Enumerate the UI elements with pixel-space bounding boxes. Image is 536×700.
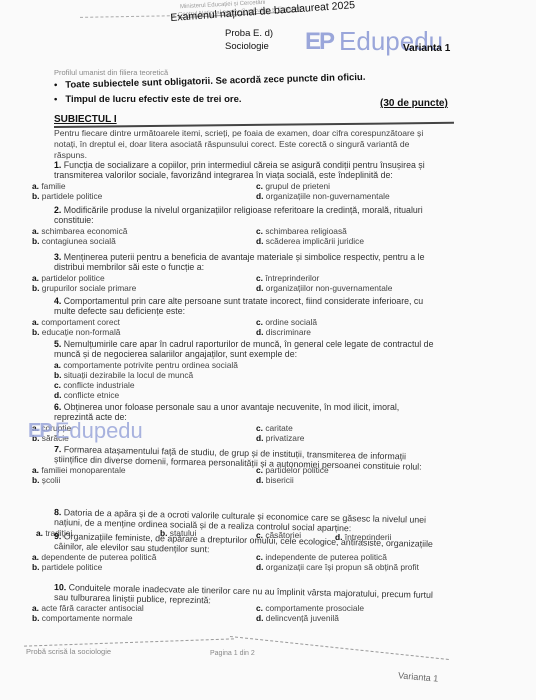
option-letter: b. [32,327,39,337]
answer-option: c. partidelor politice [256,465,329,475]
option-letter: a. [54,360,61,370]
exam-proba: Proba E. d) [225,28,273,39]
option-letter: b. [32,475,39,485]
instructions-line: notați, în dreptul ei, doar litera asoci… [54,139,409,150]
answer-option: a. comportament corect [32,317,120,327]
option-text: grupurilor sociale primare [42,283,137,293]
exam-subject: Sociologie [225,41,269,52]
option-letter: d. [256,327,263,337]
option-text: educație non-formală [42,327,121,337]
question-line: Menținerea puterii pentru a beneficia de… [64,252,425,262]
option-text: organizațiilor non-guvernamentale [266,283,393,293]
option-letter: c. [256,423,263,433]
option-letter: c. [256,465,263,475]
option-letter: a. [32,552,39,562]
answer-option: d. discriminare [256,327,311,337]
option-letter: b. [32,562,39,572]
question-text: 6. Obținerea unor foloase personale sau … [54,402,399,413]
answer-option: a. acte fără caracter antisocial [32,603,144,613]
answer-option: d. organizațiilor non-guvernamentale [256,283,392,293]
question-number: 8. [54,507,62,517]
question-line: Modificările produse la nivelul organiza… [64,205,423,215]
section-title: SUBIECTUL I [54,114,117,125]
option-text: schimbarea religioasă [265,226,346,236]
option-text: caritate [265,423,292,433]
option-letter: c. [256,603,263,613]
edupedu-logo-icon: EP [28,420,51,443]
answer-option: b. școlii [32,475,60,485]
header-divider [80,15,180,18]
question-text: transmiterea valorilor sociale, favorizâ… [54,170,393,181]
answer-option: d. organizațiile non-guvernamentale [256,191,390,201]
question-text: distribui membrilor săi este o funcție a… [54,262,204,273]
answer-option: b. grupurilor sociale primare [32,283,136,293]
answer-option: c. independente de puterea politică [256,552,387,562]
option-text: discriminare [266,327,311,337]
question-text: 2. Modificările produse la nivelul organ… [54,205,423,216]
option-text: partidele politice [42,191,103,201]
option-letter: a. [32,226,39,236]
question-line: transmiterea valorilor sociale, favorizâ… [54,170,393,180]
option-text: grupul de prieteni [265,181,330,191]
question-number: 10. [54,582,66,592]
question-line: Obținerea unor foloase personale sau a u… [64,402,399,412]
answer-option: d. conflicte etnice [54,390,119,400]
answer-option: d. scăderea implicării juridice [256,236,364,246]
variant-label: Varianta 1 [403,43,450,54]
option-text: situații dezirabile la locul de muncă [64,370,193,380]
question-line: multe defecte sau deficiențe este: [54,306,185,316]
option-text: independente de puterea politică [265,552,387,562]
option-letter: c. [54,380,61,390]
option-letter: b. [32,191,39,201]
option-text: organizații care își propun să obțină pr… [266,562,419,572]
bullet-time: Timpul de lucru efectiv este de trei ore… [54,94,242,105]
question-line: constituie: [54,215,94,225]
option-letter: a. [32,181,39,191]
option-text: familie [41,181,65,191]
answer-option: c. comportamente prosociale [256,603,364,613]
answer-option: d. delincvență juvenilă [256,613,339,623]
option-letter: d. [256,433,263,443]
option-letter: b. [32,613,39,623]
option-text: comportamente normale [42,613,133,623]
option-text: scăderea implicării juridice [266,236,364,246]
option-text: conflicte industriale [63,380,134,390]
footer-divider [230,636,449,660]
option-letter: c. [256,226,263,236]
answer-option: c. caritate [256,423,293,433]
option-text: privatizare [266,433,305,443]
answer-option: a. familie [32,181,66,191]
answer-option: a. schimbarea economică [32,226,127,236]
question-number: 9. [54,531,62,541]
question-text: 5. Nemulțumirile care apar în cadrul rap… [54,339,433,350]
option-text: comportamente prosociale [265,603,364,613]
question-number: 1. [54,160,61,170]
answer-option: a. dependente de puterea politică [32,552,156,562]
edupedu-watermark-secondary: EP Edupedu [28,418,143,444]
option-text: comportamente potrivite pentru ordinea s… [63,360,238,370]
option-letter: d. [54,390,61,400]
question-number: 7. [54,444,62,454]
option-text: familiei monoparentale [41,465,125,475]
option-letter: c. [256,273,263,283]
instructions-line: răspuns. [54,150,87,161]
option-letter: a. [32,465,39,475]
option-letter: c. [256,317,263,327]
question-text: 1. Funcția de socializare a copiilor, pr… [54,160,425,171]
answer-option: a. familiei monoparentale [32,465,126,475]
option-text: comportament corect [41,317,120,327]
answer-option: b. situații dezirabile la locul de muncă [54,370,193,380]
question-text: muncă și de negocierea salariilor angaja… [54,349,297,360]
question-line: muncă și de negocierea salariilor angaja… [54,349,297,359]
answer-option: b. educație non-formală [32,327,120,337]
question-number: 5. [54,339,61,349]
answer-option: a. comportamente potrivite pentru ordine… [54,360,238,370]
option-letter: c. [256,552,263,562]
question-number: 4. [54,296,61,306]
edupedu-logo-icon: EP [305,28,333,56]
option-letter: d. [256,236,263,246]
option-letter: a. [36,528,43,538]
option-letter: b. [32,283,39,293]
option-text: școlii [42,475,61,485]
question-number: 3. [54,252,61,262]
answer-option: c. grupul de prieteni [256,181,330,191]
answer-option: c. schimbarea religioasă [256,226,347,236]
question-number: 6. [54,402,61,412]
answer-option: c. ordine socială [256,317,317,327]
option-text: ordine socială [265,317,317,327]
option-letter: b. [54,370,61,380]
option-text: acte fără caracter antisocial [41,603,143,613]
option-letter: d. [256,562,263,572]
question-text: multe defecte sau deficiențe este: [54,306,185,317]
option-text: partidele politice [42,562,103,572]
question-text: constituie: [54,215,94,226]
option-text: contagiunea socială [42,236,116,246]
answer-option: d. privatizare [256,433,304,443]
option-letter: d. [256,191,263,201]
answer-option: a. partidelor politice [32,273,105,283]
option-text: bisericii [266,475,294,485]
question-text: 4. Comportamentul prin care alte persoan… [54,296,423,307]
option-letter: b. [32,236,39,246]
option-letter: d. [256,475,263,485]
answer-option: c. conflicte industriale [54,380,135,390]
answer-option: b. contagiunea socială [32,236,116,246]
profile-line: Profilul umanist din filiera teoretică [54,68,168,77]
option-letter: d. [256,613,263,623]
option-letter: d. [256,283,263,293]
option-text: dependente de puterea politică [41,552,156,562]
option-text: delincvență juvenilă [266,613,339,623]
answer-option: b. comportamente normale [32,613,133,623]
option-letter: c. [256,181,263,191]
question-number: 2. [54,205,61,215]
footer-divider [24,638,234,646]
question-line: Funcția de socializare a copiilor, prin … [64,160,425,170]
question-line: Nemulțumirile care apar în cadrul raport… [64,339,434,349]
option-text: partidelor politice [41,273,104,283]
instructions-line: Pentru fiecare dintre următoarele itemi,… [54,128,423,139]
option-text: întreprinderilor [265,273,319,283]
answer-option: b. partidele politice [32,191,102,201]
footer-page-number: Pagina 1 din 2 [210,650,255,657]
option-text: schimbarea economică [41,226,127,236]
answer-option: d. bisericii [256,475,294,485]
question-line: Comportamentul prin care alte persoane s… [64,296,423,306]
option-text: organizațiile non-guvernamentale [266,191,390,201]
option-text: conflicte etnice [64,390,119,400]
section-points: (30 de puncte) [380,98,448,109]
option-text: partidelor politice [265,465,328,475]
option-letter: a. [32,603,39,613]
option-letter: a. [32,317,39,327]
answer-option: d. organizații care își propun să obțină… [256,562,419,572]
question-line: distribui membrilor săi este o funcție a… [54,262,204,272]
question-text: 3. Menținerea puterii pentru a beneficia… [54,252,425,263]
answer-option: b. partidele politice [32,562,102,572]
answer-option: c. întreprinderilor [256,273,319,283]
footer-variant: Varianta 1 [398,670,439,683]
edupedu-logo-text: Edupedu [55,418,143,444]
option-letter: a. [32,273,39,283]
footer-subject: Probă scrisă la sociologie [26,647,111,656]
exam-page: Ministerul Educației și Cercetării Centr… [0,0,536,700]
